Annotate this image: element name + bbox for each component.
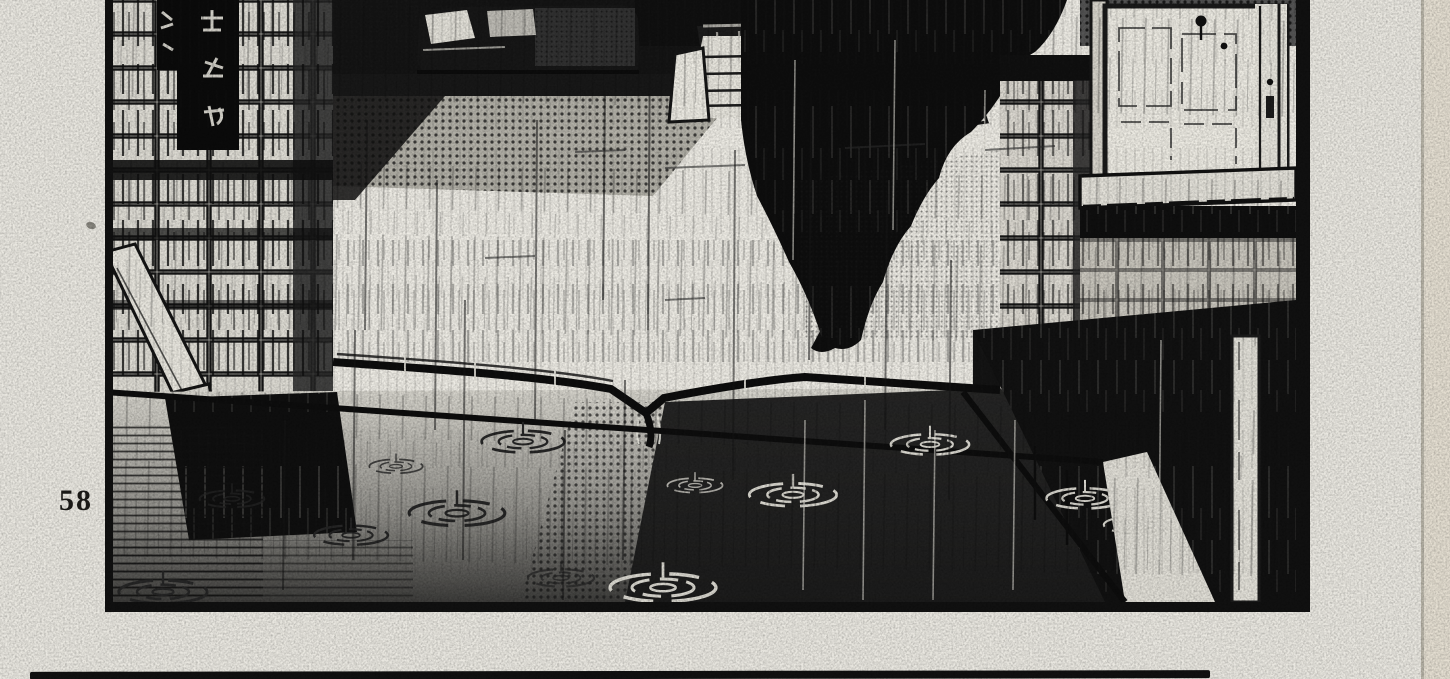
scanned-page: 58 bbox=[0, 0, 1450, 679]
next-panel-edge bbox=[30, 670, 1210, 679]
page-edge-strip bbox=[1424, 0, 1450, 679]
panel-artwork bbox=[105, 0, 1310, 612]
page-edge-shadow bbox=[1421, 0, 1424, 679]
rain-overlay bbox=[113, 0, 1296, 602]
page-number: 58 bbox=[50, 484, 102, 518]
ink-smudge bbox=[85, 221, 97, 231]
manga-panel bbox=[105, 0, 1310, 612]
